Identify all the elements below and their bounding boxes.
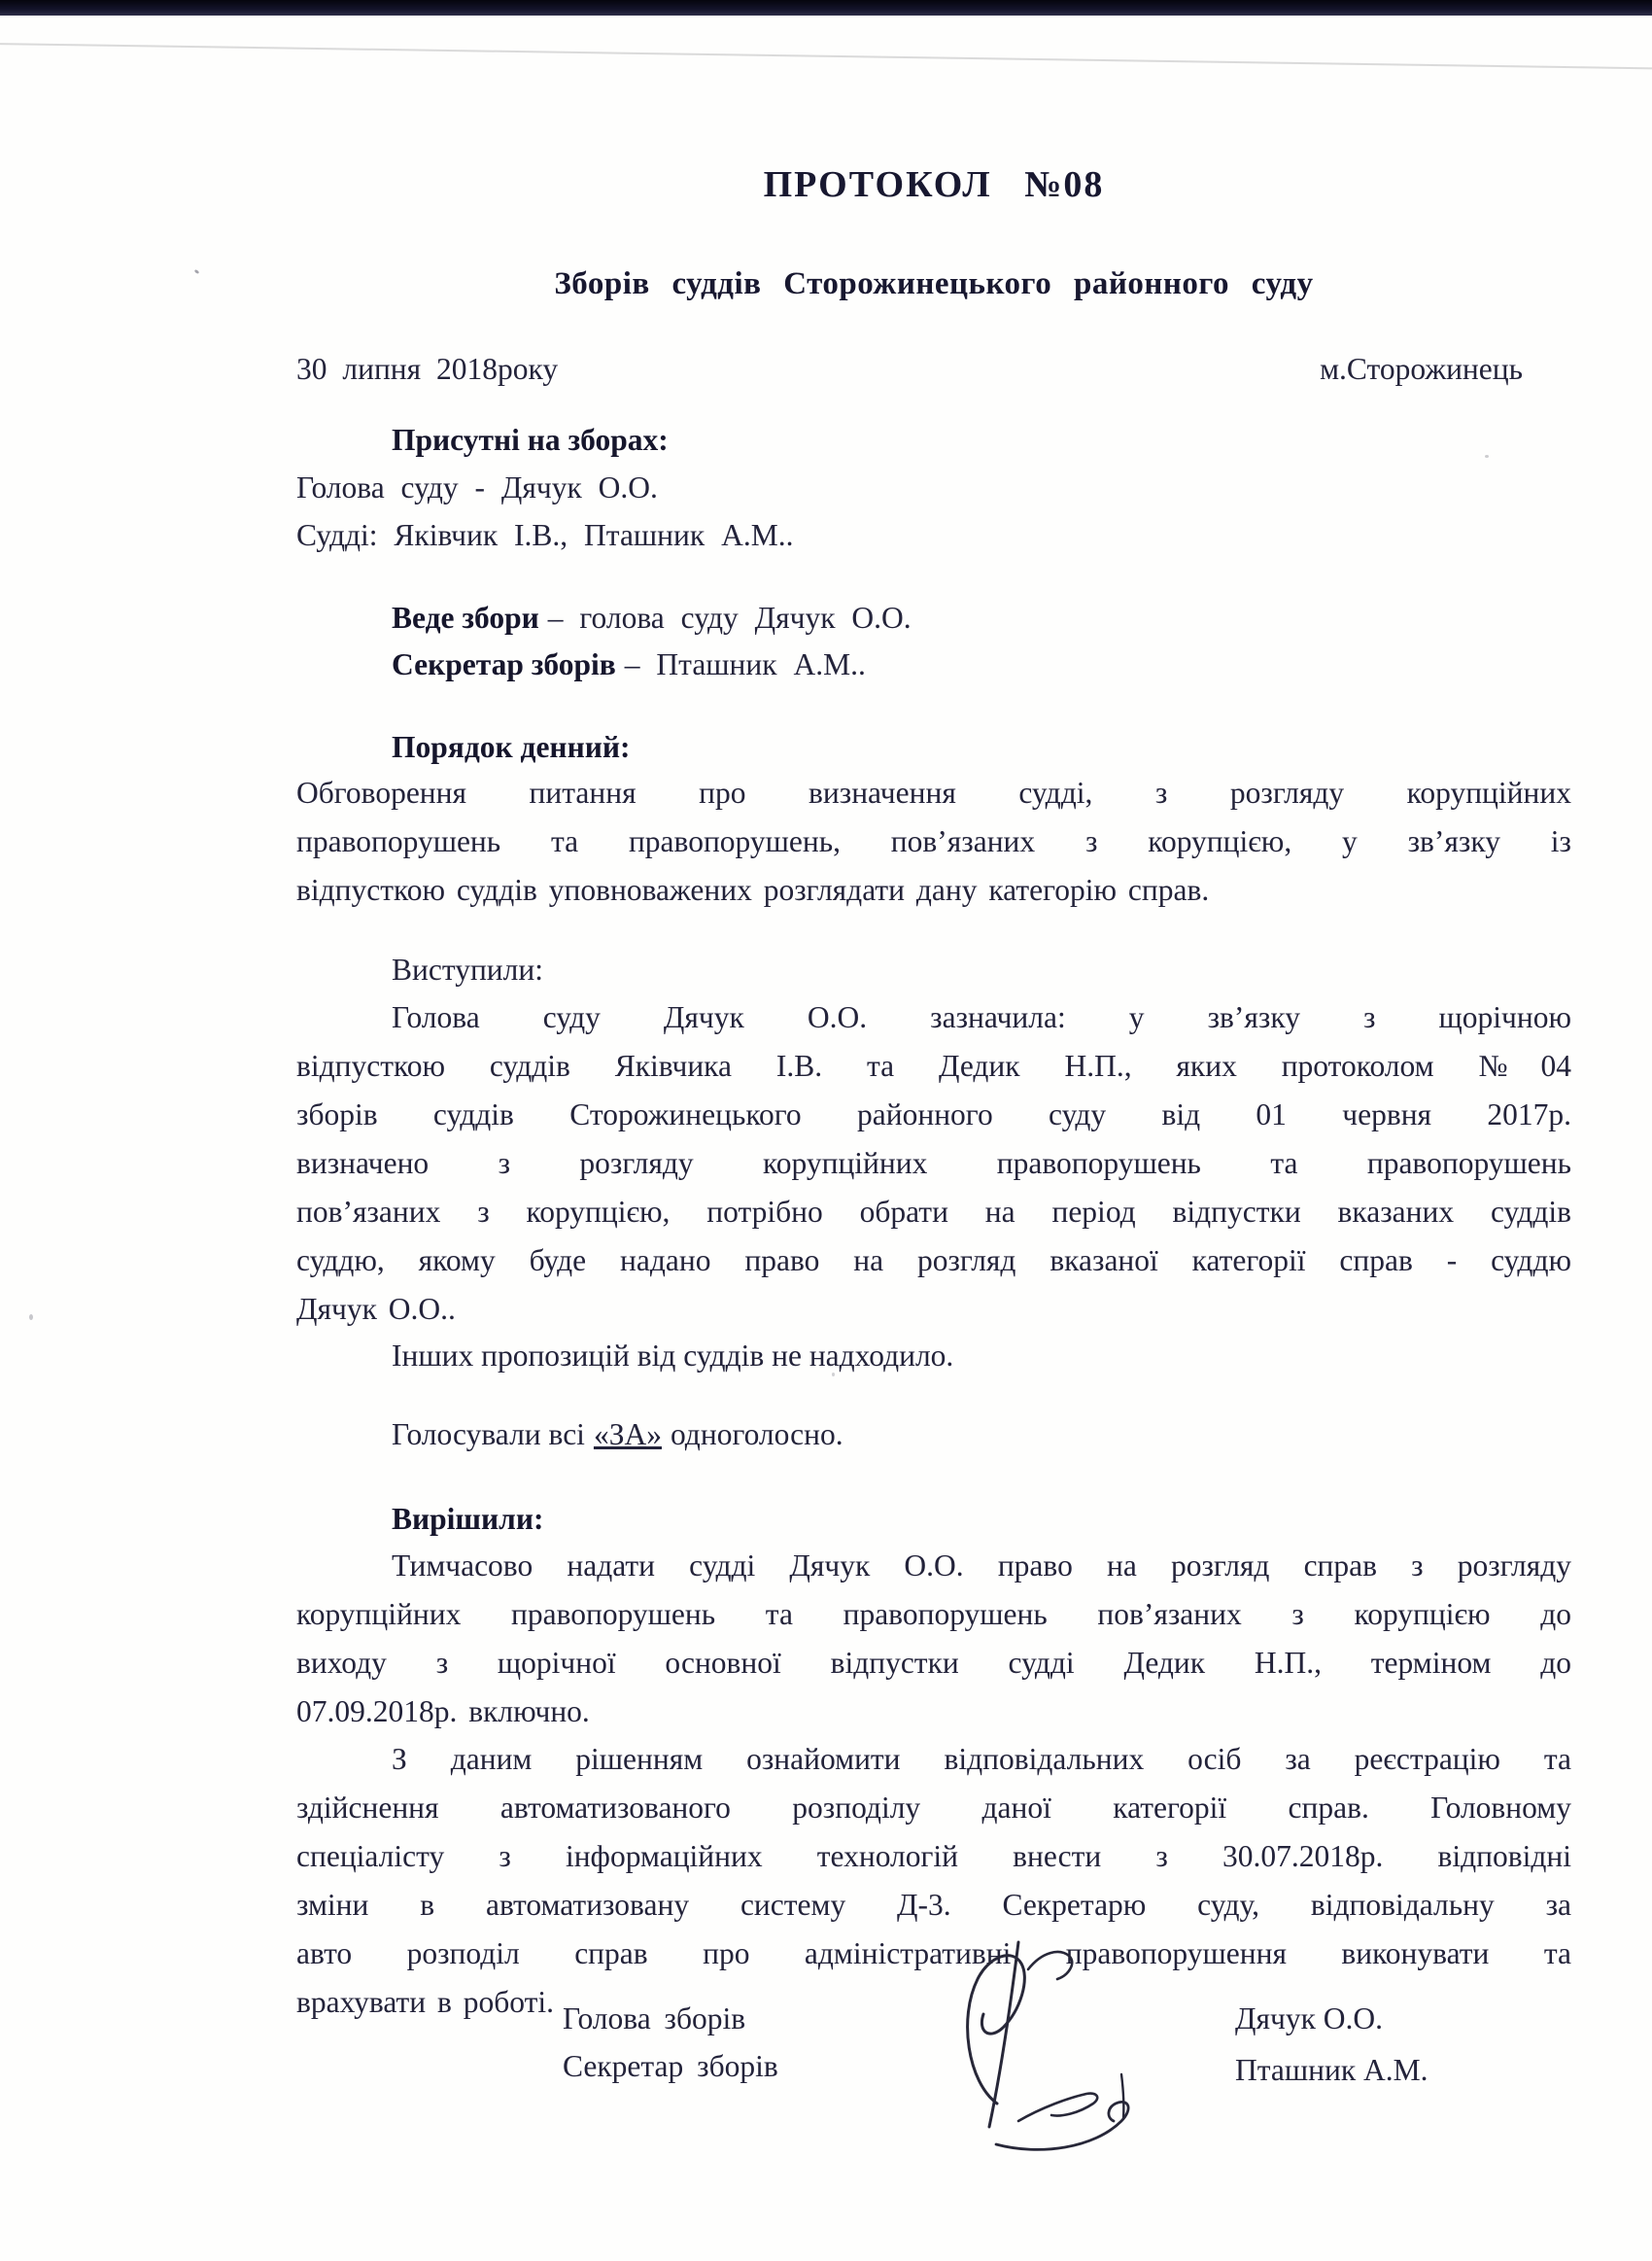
speeches-heading-wrap: Виступили: — [296, 946, 1571, 993]
date-place-row: 30 липня 2018року м.Сторожинець — [296, 352, 1571, 387]
no-proposals-wrap: Інших пропозицій від суддів не надходило… — [296, 1332, 1571, 1379]
scan-edge-bar — [0, 0, 1652, 16]
meeting-chair-line: Веде збори– голова суду Дячук О.О. — [296, 595, 1571, 642]
decision-heading: Вирішили: — [296, 1495, 1571, 1543]
agenda-heading: Порядок денний: — [296, 723, 1571, 771]
agenda-line: правопорушень та правопорушень, пов’язан… — [296, 817, 1571, 866]
decision-line: Тимчасово надати судді Дячук О.О. право … — [296, 1542, 1571, 1590]
signature-roles: Голова зборів Секретар зборів — [563, 1995, 893, 2090]
document-place: м.Сторожинець — [1320, 352, 1571, 387]
handwritten-signature-icon — [904, 1936, 1156, 2170]
scan-speck — [29, 1314, 33, 1320]
decision-line: З даним рішенням ознайомити відповідальн… — [296, 1735, 1571, 1784]
decision-line: спеціалісту з інформаційних технологій в… — [296, 1832, 1571, 1881]
agenda-line: відпусткою суддів уповноважених розгляда… — [296, 866, 1571, 915]
document-title: ПРОТОКОЛ №08 — [296, 163, 1571, 206]
officers-section: Веде збори– голова суду Дячук О.О. Секре… — [296, 595, 1571, 688]
speech-line: Голова суду Дячук О.О. зазначила: у зв’я… — [296, 993, 1571, 1042]
present-section: Присутні на зборах: Голова суду - Дячук … — [296, 416, 1571, 559]
speech-line: пов’язаних з корупцією, потрібно обрати … — [296, 1188, 1571, 1236]
vote-line-wrap: Голосували всі«ЗА»одноголосно. — [296, 1410, 1571, 1458]
speeches-heading: Виступили: — [296, 946, 1571, 993]
signature-names: Дячук О.О. Пташник А.М. — [1235, 1995, 1566, 2094]
present-heading: Присутні на зборах: — [296, 416, 1571, 464]
no-proposals-line: Інших пропозицій від суддів не надходило… — [296, 1332, 1571, 1379]
scan-artifact-line — [0, 43, 1652, 70]
meeting-secretary-line: Секретар зборів– Пташник А.М.. — [296, 642, 1571, 688]
chair-label: Веде збори — [392, 601, 539, 635]
document-subtitle: Зборів суддів Сторожинецького районного … — [296, 266, 1571, 302]
agenda-heading-wrap: Порядок денний: — [296, 723, 1571, 771]
decision-line: здійснення автоматизованого розподілу да… — [296, 1784, 1571, 1832]
decision-line: зміни в автоматизовану систему Д-3. Секр… — [296, 1881, 1571, 1930]
agenda-paragraph: Обговорення питання про визначення судді… — [296, 769, 1571, 915]
speeches-paragraph: Голова суду Дячук О.О. зазначила: у зв’я… — [296, 993, 1571, 1334]
scan-speck — [194, 269, 200, 274]
agenda-line: Обговорення питання про визначення судді… — [296, 769, 1571, 817]
decision-line: 07.09.2018р. включно. — [296, 1687, 1571, 1736]
speech-line: зборів суддів Сторожинецького районного … — [296, 1091, 1571, 1139]
speech-line: Дячук О.О.. — [296, 1285, 1571, 1334]
speech-line: визначено з розгляду корупційних правопо… — [296, 1139, 1571, 1188]
decision-line: корупційних правопорушень та правопоруше… — [296, 1590, 1571, 1639]
signature-role-chair: Голова зборів — [563, 1995, 893, 2042]
decision-heading-wrap: Вирішили: — [296, 1495, 1571, 1543]
present-row-judges: Судді: Яківчик І.В., Пташник А.М.. — [296, 511, 1571, 559]
vote-result: «ЗА» — [594, 1417, 662, 1451]
speech-line: відпусткою суддів Яківчика І.В. та Дедик… — [296, 1042, 1571, 1091]
document-date: 30 липня 2018року — [296, 352, 558, 387]
decision-line: виходу з щорічної основної відпустки суд… — [296, 1639, 1571, 1687]
vote-suffix: одноголосно. — [671, 1417, 843, 1451]
scanned-protocol-page: ПРОТОКОЛ №08 Зборів суддів Сторожинецько… — [0, 0, 1652, 2261]
secretary-value: – Пташник А.М.. — [625, 647, 866, 681]
secretary-label: Секретар зборів — [392, 647, 616, 681]
chair-value: – голова суду Дячук О.О. — [548, 601, 912, 635]
vote-line: Голосували всі«ЗА»одноголосно. — [296, 1410, 1571, 1458]
speech-line: суддю, якому буде надано право на розгля… — [296, 1236, 1571, 1285]
vote-prefix: Голосували всі — [392, 1417, 585, 1451]
signature-role-secretary: Секретар зборів — [563, 2042, 893, 2090]
signature-name-chair: Дячук О.О. — [1235, 1995, 1566, 2042]
decision-paragraph-1: Тимчасово надати судді Дячук О.О. право … — [296, 1542, 1571, 1736]
signature-name-secretary: Пташник А.М. — [1235, 2046, 1566, 2094]
present-row-head-of-court: Голова суду - Дячук О.О. — [296, 464, 1571, 511]
